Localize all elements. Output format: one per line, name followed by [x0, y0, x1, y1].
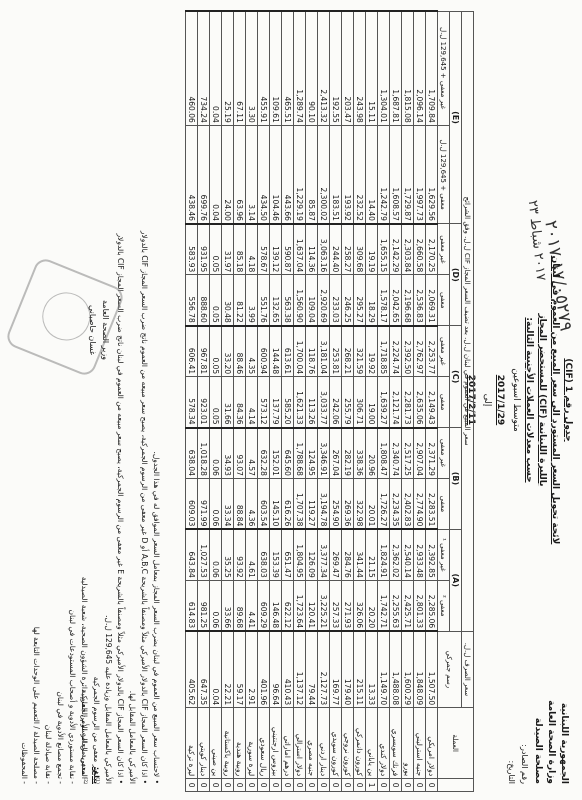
value-exempt: 603.54: [258, 478, 270, 529]
value-non-exempt: 2,224.74: [390, 326, 402, 377]
value-exempt: 981.25: [198, 580, 210, 631]
value-non-exempt: 3,346.91: [318, 428, 330, 479]
value-exempt: 573.12: [258, 377, 270, 428]
value-non-exempt: 931.95: [198, 224, 210, 275]
table-row: 0دولار امريكي1,507.502,285.062,392.852,2…: [426, 11, 438, 792]
currency-name: دولار استرالي: [294, 708, 306, 779]
value-exempt: 246.25: [342, 275, 354, 326]
value-exempt: 0.05: [210, 377, 222, 428]
exchange-rate: 1,137.12: [294, 631, 306, 707]
value-non-exempt: 2,340.74: [390, 428, 402, 479]
table-row: 0دينار اردني2,127.733,225.213,377.343,19…: [318, 11, 330, 792]
table-row: 0روبية هندية59.1789.6893.9288.8493.0784.…: [234, 11, 246, 792]
value-exempt: 609.29: [258, 580, 270, 631]
value-exempt: 556.78: [186, 275, 198, 326]
letterhead: الجمهورية اللبنانية وزارة الصحة العامة م…: [505, 700, 570, 784]
value-non-exempt: 1,804.95: [294, 529, 306, 580]
value-non-exempt: 109.61: [270, 11, 282, 125]
value-exempt: 1,723.64: [294, 580, 306, 631]
value-exempt: 578.34: [186, 377, 198, 428]
table-row: 0روبية باكستانية22.2133.6635.2533.3434.9…: [222, 11, 234, 792]
value-non-exempt: 2,907.04: [414, 428, 426, 479]
value-exempt: 254.90: [330, 478, 342, 529]
value-non-exempt: 282.19: [342, 428, 354, 479]
row-flag: 0: [270, 779, 282, 792]
row-flag: 0: [354, 779, 366, 792]
value-non-exempt: 1,700.04: [294, 326, 306, 377]
table-row: 0دولار كندي1,149.701,742.711,824.911,726…: [378, 11, 390, 792]
value-exempt: 1,621.33: [294, 377, 306, 428]
value-exempt: 1,242.79: [378, 125, 390, 224]
value-exempt: 923.01: [198, 377, 210, 428]
value-exempt: 438.46: [186, 125, 198, 224]
value-exempt: 183.51: [330, 125, 342, 224]
currency-name: جنيه استرليني: [414, 708, 426, 779]
value-non-exempt: 590.87: [282, 224, 294, 275]
value-non-exempt: 85.18: [234, 224, 246, 275]
value-exempt: 622.12: [282, 580, 294, 631]
value-exempt: 81.22: [234, 275, 246, 326]
exchange-rate: 2.91: [246, 631, 258, 707]
row-flag: 0: [198, 779, 210, 792]
value-exempt: 2,425.71: [402, 580, 414, 631]
sub-header: معفى: [438, 478, 450, 529]
value-exempt: 85.87: [306, 125, 318, 224]
document-rotated: الجمهورية اللبنانية وزارة الصحة العامة م…: [0, 0, 582, 800]
sub-header: معفى: [438, 275, 450, 326]
currency-name: جنيه مصري: [306, 708, 318, 779]
value-exempt: 2,920.69: [318, 275, 330, 326]
currency-name: كورون نروجي: [342, 708, 354, 779]
value-exempt: 3,194.78: [318, 478, 330, 529]
currency-name: فرنك سويسري: [390, 708, 402, 779]
distribution-item: - نقابة صيادلة لبنان: [42, 544, 54, 784]
value-non-exempt: 1,655.15: [378, 224, 390, 275]
table-title: جدول رقم 1 (CIF): [561, 250, 574, 550]
table-row: 0كورون دانمركي215.11326.06341.44322.9833…: [354, 11, 366, 792]
value-non-exempt: 1,289.74: [294, 11, 306, 125]
value-non-exempt: 1,815.08: [402, 11, 414, 125]
value-non-exempt: 638.04: [186, 428, 198, 479]
value-non-exempt: 244.40: [330, 224, 342, 275]
value-exempt: 443.66: [282, 125, 294, 224]
value-exempt: 3.14: [246, 125, 258, 224]
value-non-exempt: 2,362.02: [390, 529, 402, 580]
value-exempt: 1,229.19: [294, 125, 306, 224]
value-exempt: 295.27: [354, 275, 366, 326]
row-flag: 0: [234, 779, 246, 792]
value-non-exempt: 144.48: [270, 326, 282, 377]
value-non-exempt: 4.18: [246, 224, 258, 275]
value-non-exempt: 734.24: [198, 11, 210, 125]
value-non-exempt: 1,824.91: [378, 529, 390, 580]
value-exempt: 2,536.83: [414, 275, 426, 326]
table-row: 0كورون نروجي179.40271.93284.76269.36282.…: [342, 11, 354, 792]
value-exempt: 1,707.38: [294, 478, 306, 529]
value-non-exempt: 126.09: [306, 529, 318, 580]
value-non-exempt: 2,392.85: [426, 529, 438, 580]
value-non-exempt: 243.98: [354, 11, 366, 125]
table-row: 0ليرة سورية2.914.414.614.364.574.144.353…: [246, 11, 258, 792]
value-exempt: 104.46: [270, 125, 282, 224]
currency-name: ليرة تركية: [186, 708, 198, 779]
value-non-exempt: 338.36: [354, 428, 366, 479]
value-non-exempt: 258.27: [342, 224, 354, 275]
value-exempt: 2,300.02: [318, 125, 330, 224]
currency-name: دينار اردني: [318, 708, 330, 779]
value-non-exempt: 1,687.81: [390, 11, 402, 125]
value-exempt: 609.03: [186, 478, 198, 529]
table-row: 0ين صيني0.040.060.060.060.060.050.050.05…: [210, 11, 222, 792]
table-row: 0فرنك سويسري1,488.082,255.632,362.022,23…: [390, 11, 402, 792]
value-exempt: 1,608.57: [390, 125, 402, 224]
value-non-exempt: 309.68: [354, 224, 366, 275]
table-row: 0ليرة تركية405.62614.83643.84609.03638.0…: [186, 11, 198, 792]
value-exempt: 1,560.90: [294, 275, 306, 326]
sub-header: معفى: [438, 377, 450, 428]
value-non-exempt: 2,253.77: [426, 326, 438, 377]
value-exempt: 271.93: [342, 580, 354, 631]
document-title-block: جدول رقم 1 (CIF) لائحة تحويل السعر المست…: [464, 250, 574, 550]
exchange-rate: 96.64: [270, 631, 282, 707]
row-flag: 0: [210, 779, 222, 792]
value-exempt: 84.36: [234, 377, 246, 428]
sub-header: غير معفى: [438, 326, 450, 377]
exchange-rate: 169.77: [330, 631, 342, 707]
row-flag: 0: [318, 779, 330, 792]
value-non-exempt: 1,709.84: [426, 11, 438, 125]
value-exempt: 563.38: [282, 275, 294, 326]
value-exempt: 2,283.51: [426, 478, 438, 529]
col-currency: العملة: [438, 708, 474, 779]
currency-name: كورون دانمركي: [354, 708, 366, 779]
date-to-label: إلى: [480, 250, 493, 550]
row-flag: 0: [294, 779, 306, 792]
value-exempt: 132.65: [270, 275, 282, 326]
currency-name: كورون سويدي: [330, 708, 342, 779]
currency-name: ريال سعودي: [258, 708, 270, 779]
value-exempt: 888.60: [198, 275, 210, 326]
distribution-item: - المحفوظات: [18, 544, 30, 784]
sub-header: معفى + 129,645 ل.ل: [438, 125, 450, 224]
value-exempt: 0.04: [210, 125, 222, 224]
value-exempt: 1,742.71: [378, 580, 390, 631]
value-non-exempt: 2,392.50: [402, 326, 414, 377]
value-exempt: 614.83: [186, 580, 198, 631]
value-non-exempt: 124.95: [306, 428, 318, 479]
value-exempt: 585.20: [282, 377, 294, 428]
value-exempt: 0.06: [210, 580, 222, 631]
exchange-rate: 1,507.50: [426, 631, 438, 707]
value-non-exempt: 613.61: [282, 326, 294, 377]
value-exempt: 145.10: [270, 478, 282, 529]
row-flag: 0: [222, 779, 234, 792]
value-non-exempt: 1,027.53: [198, 529, 210, 580]
value-non-exempt: 90.10: [306, 11, 318, 125]
exchange-rate: 410.43: [282, 631, 294, 707]
value-exempt: 20.01: [366, 478, 378, 529]
table-subtitle: لائحة تحويل السعر المستورد الى سعر المبي…: [535, 250, 561, 550]
value-exempt: 109.04: [306, 275, 318, 326]
row-flag: 0: [342, 779, 354, 792]
value-non-exempt: 284.76: [342, 529, 354, 580]
row-flag: 0: [378, 779, 390, 792]
value-exempt: 2,285.06: [426, 580, 438, 631]
exchange-rate: 215.11: [354, 631, 366, 707]
value-exempt: 33.66: [222, 580, 234, 631]
currency-name: ين صيني: [210, 708, 222, 779]
table-row: 0جنيه استرليني1,848.092,801.332,933.482,…: [414, 11, 426, 792]
exchange-rate: 59.17: [234, 631, 246, 707]
value-exempt: 1,639.27: [378, 377, 390, 428]
value-exempt: 1,997.73: [414, 125, 426, 224]
value-non-exempt: 118.76: [306, 326, 318, 377]
value-non-exempt: 67.11: [234, 11, 246, 125]
value-non-exempt: 465.51: [282, 11, 294, 125]
value-non-exempt: 34.93: [222, 428, 234, 479]
row-flag: 0: [390, 779, 402, 792]
value-exempt: 2,402.83: [402, 478, 414, 529]
value-non-exempt: 578.67: [258, 224, 270, 275]
table-row: 0دولار استرالي1,137.121,723.641,804.951,…: [294, 11, 306, 792]
value-non-exempt: 1,808.47: [378, 428, 390, 479]
sub-header: معفى ²: [438, 580, 450, 631]
value-non-exempt: 4.35: [246, 326, 258, 377]
group-header: (E): [450, 11, 462, 224]
value-exempt: 31.66: [222, 377, 234, 428]
average-rate-label: متوسط اسبوعين: [509, 250, 522, 550]
distribution-label: يبلغ:: [90, 544, 102, 784]
value-non-exempt: 2,303.84: [402, 224, 414, 275]
exchange-rate: 22.21: [222, 631, 234, 707]
value-exempt: 137.79: [270, 377, 282, 428]
row-flag: 0: [186, 779, 198, 792]
value-exempt: 1,729.87: [402, 125, 414, 224]
value-non-exempt: 114.36: [306, 224, 318, 275]
value-exempt: 4.41: [246, 580, 258, 631]
col-rate: سعر الصرف ل.ل.: [462, 631, 474, 707]
currency-name: ليرة سورية: [246, 708, 258, 779]
value-non-exempt: 192.55: [330, 11, 342, 125]
value-non-exempt: 3.30: [246, 11, 258, 125]
value-non-exempt: 606.41: [186, 326, 198, 377]
value-non-exempt: 0.06: [210, 529, 222, 580]
directorate-name: مصلحة الصيدلة: [531, 700, 544, 784]
value-non-exempt: 20.96: [366, 428, 378, 479]
value-exempt: 20.20: [366, 580, 378, 631]
note-line: • اذا كان السعر المجاز CIF بالدولار الأم…: [126, 224, 150, 784]
value-non-exempt: 267.04: [330, 428, 342, 479]
value-exempt: 146.48: [270, 580, 282, 631]
distribution-item: - المديرية العامة للأمن العام، دائرة الش…: [78, 544, 90, 784]
col-rate-sub: رسم جمركي: [438, 631, 462, 707]
value-exempt: 113.26: [306, 377, 318, 428]
value-non-exempt: 35.25: [222, 529, 234, 580]
row-flag: 1: [366, 779, 378, 792]
value-exempt: 551.76: [258, 275, 270, 326]
value-non-exempt: 152.01: [270, 428, 282, 479]
value-exempt: 0.06: [210, 478, 222, 529]
value-exempt: 232.52: [354, 125, 366, 224]
value-non-exempt: 1,718.85: [378, 326, 390, 377]
exchange-rate: 1,848.09: [414, 631, 426, 707]
value-non-exempt: 2,660.58: [414, 224, 426, 275]
sub-header: غير معفى + 129,645 ل.ل: [438, 11, 450, 125]
sub-header: غير معفى: [438, 224, 450, 275]
value-non-exempt: 25.19: [222, 11, 234, 125]
value-non-exempt: 1,304.01: [378, 11, 390, 125]
currency-name: يورو: [402, 708, 414, 779]
value-non-exempt: 88.46: [234, 326, 246, 377]
currency-name: درهم اماراتي: [282, 708, 294, 779]
value-exempt: 269.36: [342, 478, 354, 529]
value-non-exempt: 2,096.14: [414, 11, 426, 125]
value-non-exempt: 2,762.97: [414, 326, 426, 377]
value-non-exempt: 3,063.16: [318, 224, 330, 275]
group-header: (D): [450, 224, 462, 326]
value-exempt: 3.99: [246, 275, 258, 326]
value-non-exempt: 638.03: [258, 529, 270, 580]
value-non-exempt: 0.06: [210, 428, 222, 479]
exchange-rate: 1,600.29: [402, 631, 414, 707]
value-non-exempt: 645.60: [282, 428, 294, 479]
value-non-exempt: 33.20: [222, 326, 234, 377]
conversion-table: العملة سعر الصرف ل.ل. سعر المبيع من العم…: [185, 10, 474, 792]
value-exempt: 1,578.17: [378, 275, 390, 326]
value-non-exempt: 15.11: [366, 11, 378, 125]
value-exempt: 257.33: [330, 580, 342, 631]
value-exempt: 322.98: [354, 478, 366, 529]
group-header: (A): [450, 529, 462, 631]
value-non-exempt: 632.28: [258, 428, 270, 479]
value-non-exempt: 967.81: [198, 326, 210, 377]
value-non-exempt: 1,018.28: [198, 428, 210, 479]
value-non-exempt: 4.61: [246, 529, 258, 580]
value-exempt: 306.71: [354, 377, 366, 428]
row-flag: 0: [402, 779, 414, 792]
value-exempt: 2,635.06: [414, 377, 426, 428]
table-row: 0ريال سعودي401.96609.29638.03603.54632.2…: [258, 11, 270, 792]
value-non-exempt: 31.97: [222, 224, 234, 275]
value-non-exempt: 93.07: [234, 428, 246, 479]
value-exempt: 2,234.35: [390, 478, 402, 529]
table-row: 0بيزوس ارجنتيني96.64146.48153.39145.1015…: [270, 11, 282, 792]
scanned-page: الجمهورية اللبنانية وزارة الصحة العامة م…: [0, 0, 582, 800]
value-non-exempt: 2,517.25: [402, 428, 414, 479]
value-non-exempt: 2,540.14: [402, 529, 414, 580]
value-exempt: 2,196.68: [402, 275, 414, 326]
value-exempt: 233.03: [330, 275, 342, 326]
value-exempt: 14.40: [366, 125, 378, 224]
currency-name: دولار امريكي: [426, 708, 438, 779]
row-flag: 0: [258, 779, 270, 792]
value-exempt: 2,042.65: [390, 275, 402, 326]
value-non-exempt: 3,181.04: [318, 326, 330, 377]
value-non-exempt: 2,371.29: [426, 428, 438, 479]
exchange-rate: 405.62: [186, 631, 198, 707]
ministry-name: وزارة الصحة العامة: [544, 700, 557, 784]
value-non-exempt: 583.93: [186, 224, 198, 275]
value-exempt: 434.50: [258, 125, 270, 224]
value-non-exempt: 253.81: [330, 326, 342, 377]
exchange-rate: 13.33: [366, 631, 378, 707]
value-non-exempt: 0.05: [210, 224, 222, 275]
table-row: 0درهم اماراتي410.43622.12651.47616.26645…: [282, 11, 294, 792]
sub-header: غير معفى: [438, 428, 450, 479]
value-non-exempt: 1,637.04: [294, 224, 306, 275]
value-exempt: 1,629.56: [426, 125, 438, 224]
value-exempt: 2,121.74: [390, 377, 402, 428]
reference-date: التاريخ:: [505, 700, 518, 784]
value-exempt: 119.27: [306, 478, 318, 529]
value-exempt: 3,225.21: [318, 580, 330, 631]
value-non-exempt: 4.57: [246, 428, 258, 479]
value-exempt: 24.00: [222, 125, 234, 224]
value-exempt: 2,255.63: [390, 580, 402, 631]
rates-basis: حسب معدلات العملات الأجنبية التالية:: [522, 250, 535, 550]
row-flag: 0: [414, 779, 426, 792]
value-non-exempt: 341.44: [354, 529, 366, 580]
value-exempt: 3,033.77: [318, 377, 330, 428]
value-non-exempt: 321.59: [354, 326, 366, 377]
signatory-name: غسان حاصباني: [86, 300, 99, 360]
currency-name: بيزوس ارجنتيني: [270, 708, 282, 779]
exchange-rate: 2,127.73: [318, 631, 330, 707]
value-non-exempt: 2,170.25: [426, 224, 438, 275]
value-exempt: 2,774.90: [414, 478, 426, 529]
value-non-exempt: 600.94: [258, 326, 270, 377]
table-row: 1ين ياباني13.3320.2021.1520.0120.9619.00…: [366, 11, 378, 792]
note-line: • لاحتساب سعر المبيع من العموم في لبنان …: [150, 224, 162, 784]
value-non-exempt: 643.84: [186, 529, 198, 580]
value-non-exempt: 19.92: [366, 326, 378, 377]
currency-name: روبية باكستانية: [222, 708, 234, 779]
distribution-item: - تجمع مصانع الأدوية في لبنان: [54, 544, 66, 784]
value-exempt: 616.26: [282, 478, 294, 529]
value-non-exempt: 460.06: [186, 11, 198, 125]
value-exempt: 18.29: [366, 275, 378, 326]
value-exempt: 2,801.33: [414, 580, 426, 631]
value-exempt: 242.06: [330, 377, 342, 428]
value-exempt: 1,726.27: [378, 478, 390, 529]
value-non-exempt: 1,788.68: [294, 428, 306, 479]
distribution-item: - نقابة مستوردي الأدوية و أصحاب المستودع…: [66, 544, 78, 784]
row-flag: 0: [426, 779, 438, 792]
exchange-rate: 0.04: [210, 631, 222, 707]
value-exempt: 255.79: [342, 377, 354, 428]
value-non-exempt: 0.05: [210, 326, 222, 377]
value-non-exempt: 19.19: [366, 224, 378, 275]
value-exempt: 326.06: [354, 580, 366, 631]
value-exempt: 0.05: [210, 275, 222, 326]
distribution-item: - مصلحة الصيدلة / التعميم على الوحدات ال…: [30, 544, 42, 784]
value-non-exempt: 269.47: [330, 529, 342, 580]
value-exempt: 699.76: [198, 125, 210, 224]
col-flag: [438, 779, 474, 792]
value-exempt: 2,281.73: [402, 377, 414, 428]
row-flag: 0: [246, 779, 258, 792]
currency-name: ين ياباني: [366, 708, 378, 779]
table-row: 0دينار كويتي647.35981.251,027.53971.991,…: [198, 11, 210, 792]
signatory-title: وزير الصحة العامة: [99, 300, 112, 360]
exchange-rate: 1,149.70: [378, 631, 390, 707]
row-flag: 0: [306, 779, 318, 792]
group-header: (B): [450, 428, 462, 530]
value-non-exempt: 21.15: [366, 529, 378, 580]
value-non-exempt: 2,413.32: [318, 11, 330, 125]
value-exempt: 33.34: [222, 478, 234, 529]
value-exempt: 19.00: [366, 377, 378, 428]
